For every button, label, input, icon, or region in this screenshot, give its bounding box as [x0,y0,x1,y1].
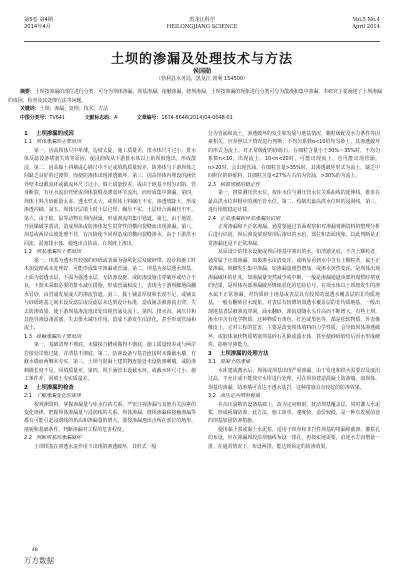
subsection-heading: 2.4正常渗漏和异常渗漏的识别 [208,215,380,223]
header-date-en: April 2014 [352,24,380,31]
subsection-number: 3.2 [208,392,220,400]
subsection-heading: 2.3核算坝坡的稳定性 [208,181,380,189]
doc-code: 文献标志码：A [85,115,118,121]
running-header: 第5卷 第4期 2014年4月 黑龙江科学 HEILONGJIANG SCIEN… [24,17,380,42]
paragraph: 从原设计的排水设施或坝后地基中渗出的水，如清澈见底，不含土颗粒者，通常属于正常渗… [208,248,380,349]
right-column: 分为管涌和流土。渗透破坏的发生和发展与地基情况、颗粒级配及水力条件等因素相关。应… [208,130,380,451]
subsection-heading: 3.2高压定向喷射板墙 [208,392,380,400]
paragraph: 在高压旋喷的设备基础上，改为定向喷射，扰动坝基覆盖层，同时灌入水泥浆，形成板墙防… [208,401,380,426]
clc-label: 中图分类号： [20,115,49,121]
subsection-number: 2.1 [24,392,36,400]
subsection-title: 正常渗漏和异常渗漏的识别 [220,216,280,222]
keywords-label: 关键词： [20,106,40,112]
subsection-number: 2.2 [24,434,36,442]
subsection-number: 1.1 [24,138,36,146]
journal-name-en: HEILONGJIANG SCIENCE [24,24,380,31]
subsection-number: 1.2 [24,248,36,256]
subsection-title: 坝体渗漏的主要原因 [36,139,81,145]
subsection-heading: 2.2判断坝基的渗漏破坏 [24,434,196,442]
paragraph: 土坝坝基在渗透水流作用下出现的渗透破坏，其形式一般 [24,443,196,451]
subsection-heading: 1.3接触渗漏的主要原因 [24,333,196,341]
paragraph: 正常渗漏和不正常渗漏，通常要通过表面观察和对渗漏观测资料的整理分析后进行识别。坝… [208,223,380,248]
keywords: 关键词：土坝；渗漏；处理；技术；方法 [8,105,382,114]
paragraph: 第一，因高坝体尺中单薄，边坡太陡，施工质量差，排水体尺寸过小，排水体反滤设备堵塞… [24,147,196,248]
section-title: 土坝渗漏的处理方法 [220,351,269,357]
abstract-text: 土坝按渗漏的部位进行分类，可分为坝体渗漏、坝基渗漏、接触渗漏、绕坝渗漏。土坝按渗… [8,89,382,104]
subsection-title: 了解渗漏变化的规律 [36,393,81,399]
subsection-heading: 1.1坝体渗漏的主要原因 [24,138,196,146]
section-number: 2 [24,384,36,392]
article-no-label: 文章编号： [137,115,161,121]
section-heading: 2土坝渗漏的检查 [24,384,196,392]
watermark: 万方数据 [24,555,54,566]
subsection-number: 2.4 [208,215,220,223]
header-journal: 黑龙江科学 HEILONGJIANG SCIENCE [24,17,380,31]
section-heading: 3土坝渗漏的处理方法 [208,350,380,358]
left-column: 1土坝渗漏的成因 1.1坝体渗漏的主要原因 第一，因高坝体尺中单薄，边坡太陡，施… [24,130,196,451]
author: 侯国勋 [0,66,404,75]
paragraph: 第一，基础清理不彻底，未做接合槽或做得不彻底，施工质量较差或与两岸岩接处岸坡过陡… [24,341,196,383]
subsection-number: 1.3 [24,333,36,341]
paragraph: 按观测资料，掌握渗漏量与库水位的关系，严密注视渗漏与其他有关因素的变化规律，把握… [24,401,196,435]
subsection-number: 3.1 [208,358,220,366]
article-no-value: 1674-8646(2014)04-0048-01 [161,115,232,121]
section-number: 1 [24,130,36,138]
section-number: 3 [208,350,220,358]
subsection-title: 核算坝坡的稳定性 [220,182,260,188]
journal-name-cn: 黑龙江科学 [24,17,380,24]
subsection-title: 混凝土防渗墙 [220,359,250,365]
clc-value: TV641 [49,115,65,121]
paragraph: 第一，坝基为透水性较强的砂砾或表面为强风化层及破碎带，设计和施工时未加处理或未处… [24,257,196,333]
paper-page: 第5卷 第4期 2014年4月 黑龙江科学 HEILONGJIANG SCIEN… [0,0,404,572]
classification-line: 中图分类号：TV641 文献标志码：A 文章编号：1674-8646(2014)… [8,114,382,123]
abstract: 摘要：土坝按渗漏的部位进行分类，可分为坝体渗漏、坝基渗漏、接触渗漏、绕坝渗漏。土… [8,88,382,105]
section-title: 土坝渗漏的成因 [36,131,74,137]
doc-code-label: 文献标志码： [85,115,114,121]
doc-code-value: A [114,115,117,121]
page-number: 48 [32,548,38,553]
subsection-heading: 1.2坝基渗漏的主要原因 [24,248,196,256]
affiliation: （勃利县水务局，黑龙江 勃利 154500） [0,75,404,82]
abstract-block: 摘要：土坝按渗漏的部位进行分类，可分为坝体渗漏、坝基渗漏、接触渗漏、绕坝渗漏。土… [8,88,382,122]
subsection-heading: 3.1混凝土防渗墙 [208,358,380,366]
keywords-text: 土坝；渗漏；处理；技术；方法 [40,106,108,112]
header-volume-en: Vol.5 No.4 April 2014 [352,17,380,31]
paper-title: 土坝的渗漏及处理技术与方法 [0,48,404,67]
paragraph: 分为管涌和流土。渗透破坏的发生和发展与地基情况、颗粒级配及水力条件等因素相关。应… [208,130,380,181]
paragraph: 第一，推算测压管水位。按库水位与测压管水位关系曲线的延伸线，推求在最高洪水位时相… [208,189,380,214]
subsection-title: 判断坝基的渗漏破坏 [36,435,81,441]
subsection-title: 坝基渗漏的主要原因 [36,249,81,255]
subsection-title: 接触渗漏的主要原因 [36,334,81,340]
section-title: 土坝渗漏的检查 [36,385,74,391]
section-heading: 1土坝渗漏的成因 [24,130,196,138]
clc: 中图分类号：TV641 [20,115,65,121]
paragraph: 使用黏土浆或黏土水泥浆，适用于坝身和非岩性坝基的堵漏和截渗。灌浆孔的布设，应在渗… [208,426,380,451]
abstract-label: 摘要： [20,89,35,95]
article-no: 文章编号：1674-8646(2014)04-0048-01 [137,115,233,121]
subsection-heading: 2.1了解渗漏变化的规律 [24,392,196,400]
subsection-title: 高压定向喷射板墙 [220,393,260,399]
paragraph: 水库建成蓄水后，坝体或坝基出现严重渗漏，由于发电和供水需要以及度汛过高，不允许或… [208,367,380,392]
header-vol-en: Vol.5 No.4 [352,17,380,24]
subsection-number: 2.3 [208,181,220,189]
